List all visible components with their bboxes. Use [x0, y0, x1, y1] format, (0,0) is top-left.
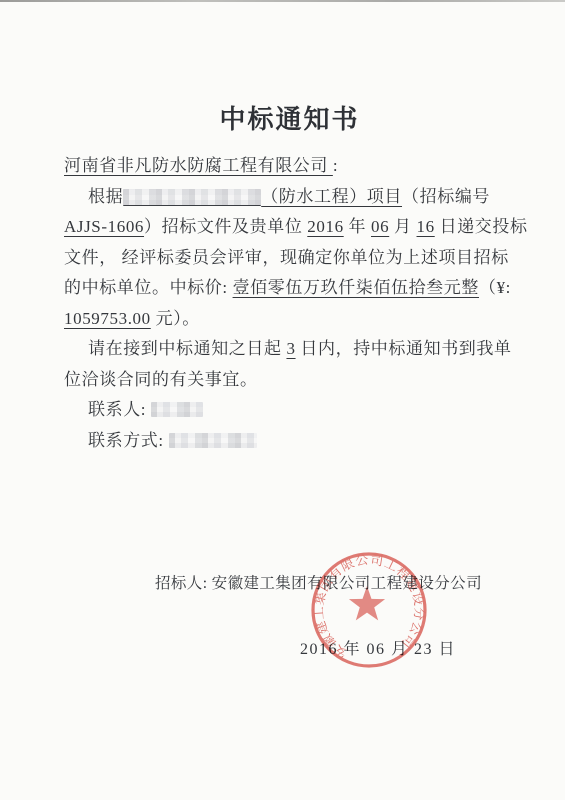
underlined-text: 16 [417, 217, 435, 236]
text-segment: （¥: [479, 278, 511, 297]
underlined-text: AJJS-1606 [64, 217, 144, 236]
underlined-text: 壹佰零伍万玖仟柒佰伍拾叁元整 [233, 278, 479, 297]
text-segment: 日递交投标 [435, 217, 528, 236]
text-segment: 的中标单位。中标价: [64, 278, 233, 297]
seal-star-icon [349, 586, 385, 620]
document-line: 请在接到中标通知之日起 3 日内，持中标通知书到我单 [64, 334, 510, 365]
redacted-text [169, 433, 257, 448]
text-segment: ）招标文件及贵单位 [144, 217, 307, 236]
document-body: 河南省非凡防水防腐工程有限公司 :根据（防水工程）项目（招标编号AJJS-160… [64, 151, 510, 456]
official-seal: 安徽建工集团有限公司工程建设分公司 [294, 534, 444, 684]
underlined-text: 3 [286, 339, 295, 358]
text-segment: 元）。 [151, 309, 200, 328]
redacted-text [123, 189, 261, 206]
redacted-text [151, 402, 203, 417]
text-segment: 联系方式: [88, 431, 169, 450]
text-segment: : [333, 156, 338, 175]
page-title: 中标通知书 [0, 99, 565, 136]
document-line: 联系人: [64, 395, 510, 426]
underlined-text: 1059753.00 [64, 309, 151, 328]
document-line: 的中标单位。中标价: 壹佰零伍万玖仟柒佰伍拾叁元整（¥: [64, 273, 510, 304]
document-line: 1059753.00 元）。 [64, 304, 510, 335]
text-segment: 根据 [88, 187, 123, 206]
underlined-text: 06 [371, 217, 389, 236]
text-segment: 月 [389, 217, 416, 236]
document-line: 河南省非凡防水防腐工程有限公司 : [64, 151, 510, 182]
underlined-text: 2016 [307, 217, 343, 236]
text-segment: （招标编号 [402, 187, 490, 206]
document-line: 位洽谈合同的有关事宜。 [64, 365, 510, 396]
text-segment: 联系人: [88, 400, 151, 419]
text-segment: 年 [344, 217, 371, 236]
text-segment: 位洽谈合同的有关事宜。 [64, 370, 258, 389]
document-line: 文件， 经评标委员会评审，现确定你单位为上述项目招标 [64, 243, 510, 274]
scan-edge-artifact [0, 0, 565, 2]
document-line: 根据（防水工程）项目（招标编号 [64, 182, 510, 213]
text-segment: 请在接到中标通知之日起 [88, 339, 286, 358]
text-segment: 文件， 经评标委员会评审，现确定你单位为上述项目招标 [64, 248, 509, 267]
document-line: AJJS-1606）招标文件及贵单位 2016 年 06 月 16 日递交投标 [64, 212, 510, 243]
document-line: 联系方式: [64, 426, 510, 457]
text-segment: 日内，持中标通知书到我单 [296, 339, 512, 358]
underlined-text: 河南省非凡防水防腐工程有限公司 [64, 156, 333, 175]
scanned-document-page: 中标通知书 河南省非凡防水防腐工程有限公司 :根据（防水工程）项目（招标编号AJ… [0, 0, 565, 800]
underlined-text: （防水工程）项目 [261, 187, 402, 206]
